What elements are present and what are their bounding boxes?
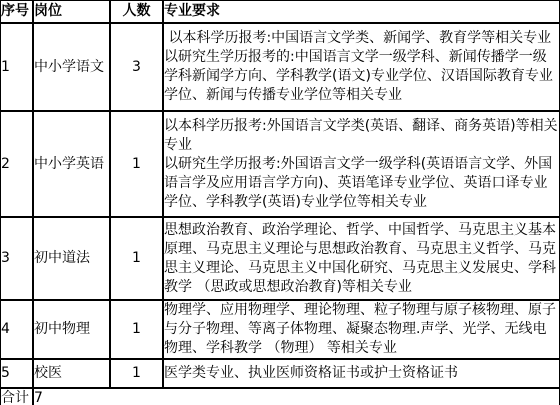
cell-count: 1 xyxy=(110,359,163,388)
table-row: 2 中小学英语 1 以本科学历报考:外国语言文学类(英语、翻译、商务英语)等相关… xyxy=(0,111,560,217)
table-row: 1 中小学语文 3 以本科学历报考:中国语言文学类、新闻学、教育学等相关专业 以… xyxy=(0,23,560,111)
table-row: 5 校医 1 医学类专业、执业医师资格证书或护士资格证书 xyxy=(0,359,560,388)
col-header-position: 岗位 xyxy=(33,0,110,23)
header-row: 序号 岗位 人数 专业要求 xyxy=(0,0,560,23)
cell-no: 3 xyxy=(0,217,33,300)
total-label: 合计 xyxy=(0,388,33,405)
cell-count: 1 xyxy=(110,217,163,300)
table-row: 3 初中道法 1 思想政治教育、政治学理论、哲学、中国哲学、马克思主义基本原理、… xyxy=(0,217,560,300)
cell-position: 初中道法 xyxy=(33,217,110,300)
cell-no: 2 xyxy=(0,111,33,217)
cell-no: 5 xyxy=(0,359,33,388)
cell-requirements: 医学类专业、执业医师资格证书或护士资格证书 xyxy=(163,359,560,388)
cell-count: 3 xyxy=(110,23,163,111)
cell-position: 中小学语文 xyxy=(33,23,110,111)
cell-no: 1 xyxy=(0,23,33,111)
cell-no: 4 xyxy=(0,300,33,359)
table-row: 4 初中物理 1 物理学、应用物理学、理论物理、粒子物理与原子核物理、原子与分子… xyxy=(0,300,560,359)
cell-position: 中小学英语 xyxy=(33,111,110,217)
cell-position: 校医 xyxy=(33,359,110,388)
cell-requirements: 思想政治教育、政治学理论、哲学、中国哲学、马克思主义基本原理、马克思主义理论与思… xyxy=(163,217,560,300)
cell-count: 1 xyxy=(110,300,163,359)
col-header-requirements: 专业要求 xyxy=(163,0,560,23)
cell-requirements: 物理学、应用物理学、理论物理、粒子物理与原子核物理、原子与分子物理、等离子体物理… xyxy=(163,300,560,359)
cell-requirements: 以本科学历报考:中国语言文学类、新闻学、教育学等相关专业 以研究生学历报考的:中… xyxy=(163,23,560,111)
total-value: 7 xyxy=(33,388,560,405)
cell-position: 初中物理 xyxy=(33,300,110,359)
cell-requirements: 以本科学历报考:外国语言文学类(英语、翻译、商务英语)等相关专业 以研究生学历报… xyxy=(163,111,560,217)
job-positions-table: 序号 岗位 人数 专业要求 1 中小学语文 3 以本科学历报考:中国语言文学类、… xyxy=(0,0,560,405)
col-header-count: 人数 xyxy=(110,0,163,23)
recruitment-table-sheet: 序号 岗位 人数 专业要求 1 中小学语文 3 以本科学历报考:中国语言文学类、… xyxy=(0,0,560,405)
total-row: 合计 7 xyxy=(0,388,560,405)
col-header-no: 序号 xyxy=(0,0,33,23)
cell-count: 1 xyxy=(110,111,163,217)
